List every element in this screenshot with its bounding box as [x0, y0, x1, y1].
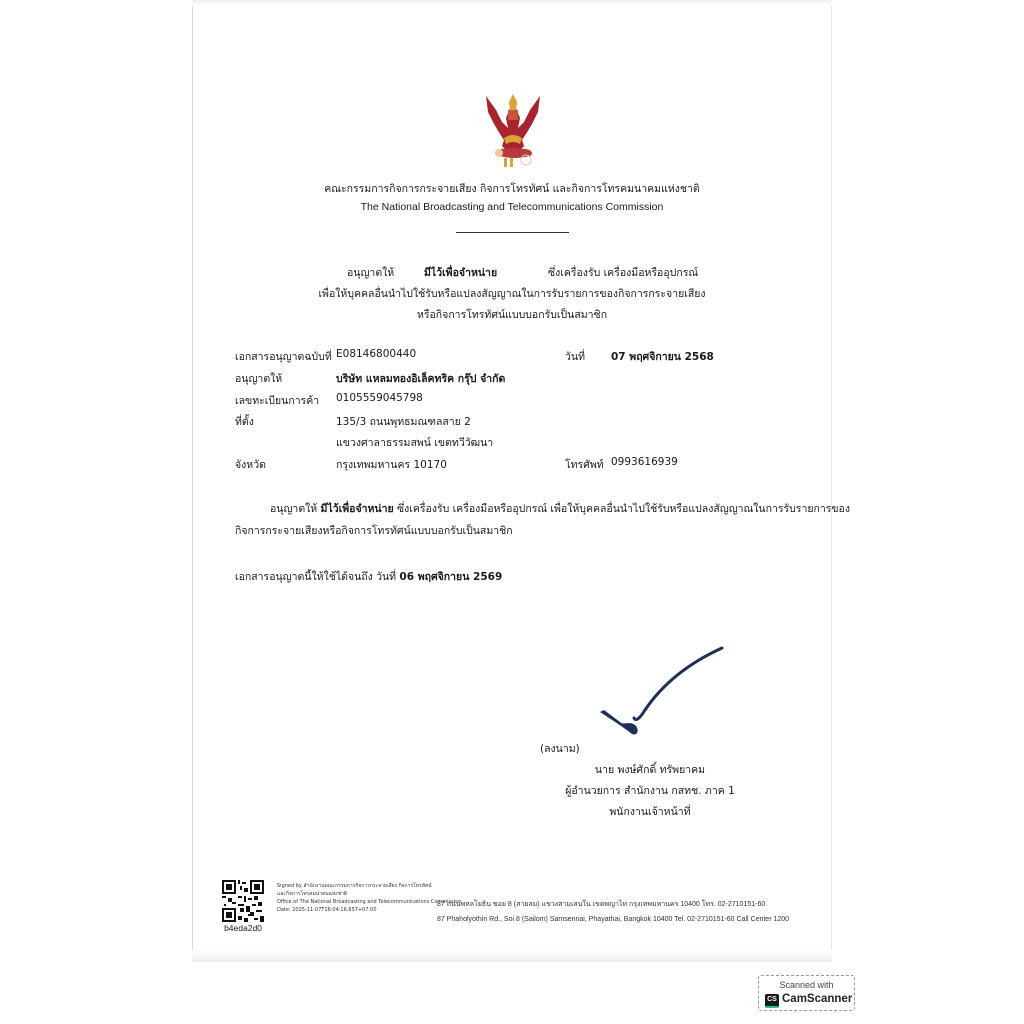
- licensee-label: อนุญาตให้: [235, 370, 282, 387]
- license-no-value: E08146800440: [336, 348, 416, 360]
- address-line-1: 135/3 ถนนพุทธมณฑลสาย 2: [336, 413, 471, 430]
- garuda-emblem-icon: [478, 88, 548, 170]
- signatory-name: นาย พงษ์ศักดิ์ ทรัพยาคม: [560, 761, 740, 778]
- signed-by-line-3: Office of The National Broadcasting and …: [277, 898, 437, 906]
- address-label: ที่ตั้ง: [235, 413, 254, 430]
- permission-prefix: อนุญาตให้: [270, 503, 317, 515]
- page-top-edge: [192, 0, 832, 6]
- camscanner-logo-icon: CS: [765, 994, 779, 1008]
- signatory-position: ผู้อำนวยการ สำนักงาน กสทช. ภาค 1: [560, 782, 740, 799]
- signed-by-line-1: Signed by สำนักงานคณะกรรมการกิจการกระจาย…: [277, 882, 437, 890]
- validity-statement: เอกสารอนุญาตนี้ให้ใช้ได้จนถึง วันที่ 06 …: [235, 568, 502, 585]
- handwritten-signature: [590, 640, 730, 740]
- permission-bold: มีไว้เพื่อจำหน่าย: [321, 503, 394, 515]
- date-label: วันที่: [565, 348, 585, 365]
- preamble-line-3: หรือกิจการโทรทัศน์แบบบอกรับเป็นสมาชิก: [192, 306, 832, 323]
- registration-value: 0105559045798: [336, 392, 423, 404]
- permission-paragraph: อนุญาตให้ มีไว้เพื่อจำหน่าย ซึ่งเครื่องร…: [270, 500, 850, 517]
- digital-signature-info: Signed by สำนักงานคณะกรรมการกิจการกระจาย…: [277, 882, 437, 914]
- signed-date: Date: 2025-11-07T16:04:16.657+07:00: [277, 906, 437, 914]
- sign-label: (ลงนาม): [540, 740, 580, 757]
- signatory-role: พนักงานเจ้าหน้าที่: [560, 803, 740, 820]
- preamble-prefix: อนุญาตให้: [347, 264, 394, 281]
- camscanner-watermark: Scanned with CS CamScanner: [758, 975, 855, 1011]
- province-value: กรุงเทพมหานคร 10170: [336, 456, 447, 473]
- licensee-value: บริษัท แหลมทองอิเล็คทริค กรุ๊ป จำกัด: [336, 370, 505, 387]
- license-no-label: เอกสารอนุญาตฉบับที่: [235, 348, 332, 365]
- camscanner-name: CamScanner: [782, 993, 852, 1005]
- preamble-bold: มีไว้เพื่อจำหน่าย: [424, 264, 497, 281]
- office-address-english: 87 Phaholyothin Rd., Soi 8 (Sailom) Sams…: [437, 916, 789, 923]
- scanned-with-label: Scanned with: [759, 980, 854, 990]
- phone-value: 0993616939: [611, 456, 678, 468]
- qr-code-icon: [222, 880, 264, 922]
- header-divider: [456, 232, 569, 233]
- org-name-thai: คณะกรรมการกิจการกระจายเสียง กิจการโทรทัศ…: [192, 180, 832, 197]
- signed-by-line-2: และกิจการโทรคมนาคมแห่งชาติ: [277, 890, 437, 898]
- org-name-english: The National Broadcasting and Telecommun…: [192, 201, 832, 213]
- preamble-line-2: เพื่อให้บุคคลอื่นนำไปใช้รับหรือแปลงสัญญา…: [192, 285, 832, 302]
- preamble-suffix: ซึ่งเครื่องรับ เครื่องมือหรืออุปกรณ์: [548, 264, 698, 281]
- address-line-2: แขวงศาลาธรรมสพน์ เขตทวีวัฒนา: [336, 434, 493, 451]
- province-label: จังหวัด: [235, 456, 266, 473]
- qr-code-id: b4eda2d0: [222, 923, 264, 933]
- date-value: 07 พฤศจิกายน 2568: [611, 348, 714, 365]
- page-bottom-edge: [192, 950, 832, 962]
- validity-prefix: เอกสารอนุญาตนี้ให้ใช้ได้จนถึง วันที่: [235, 571, 396, 583]
- office-address-thai: 87 ถนนพหลโยธิน ซอย 8 (สายลม) แขวงสามเสนใ…: [437, 899, 765, 910]
- permission-rest: ซึ่งเครื่องรับ เครื่องมือหรืออุปกรณ์ เพื…: [397, 503, 850, 515]
- registration-label: เลขทะเบียนการค้า: [235, 392, 319, 409]
- phone-label: โทรศัพท์: [565, 456, 604, 473]
- validity-date: 06 พฤศจิกายน 2569: [399, 571, 502, 583]
- permission-line-2: กิจการกระจายเสียงหรือกิจการโทรทัศน์แบบบอ…: [235, 522, 513, 539]
